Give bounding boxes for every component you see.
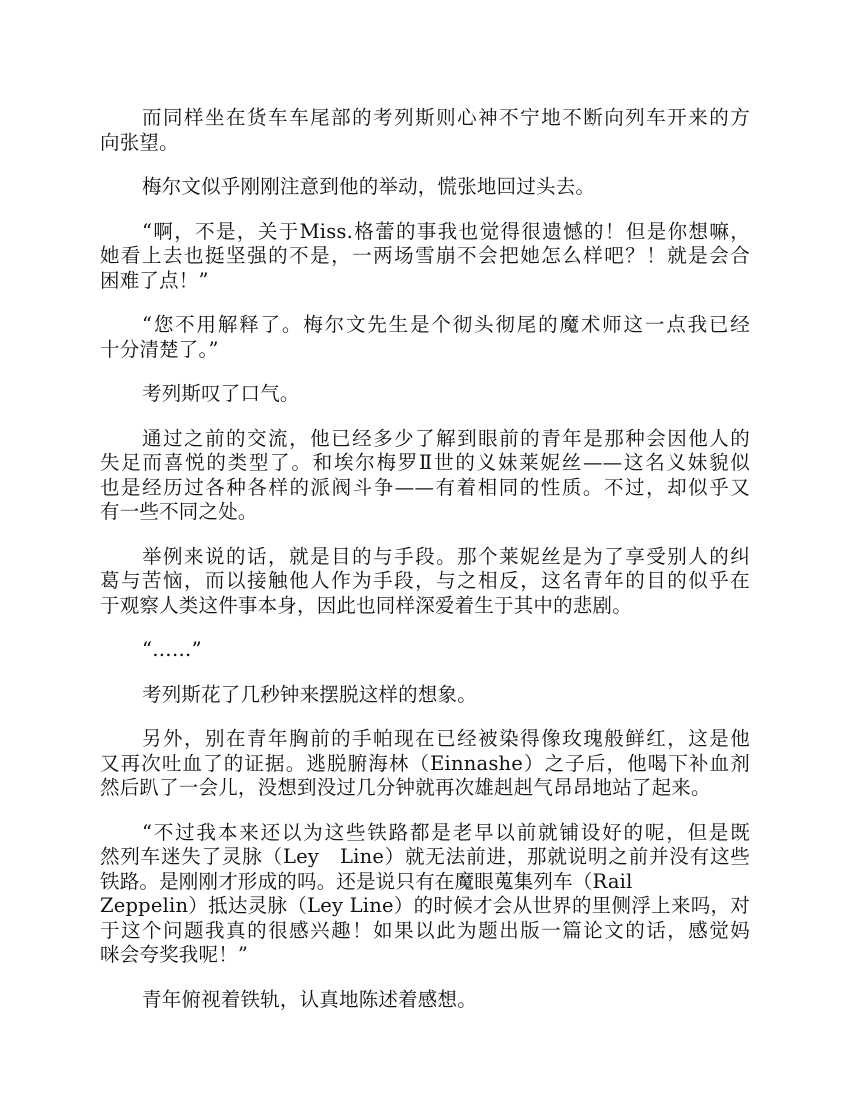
text-line: “啊，不是，关于Miss.格蕾的事我也觉得很遗憾的！但是你想嘛， (100, 220, 750, 245)
text-line: “不过我本来还以为这些铁路都是老早以前就铺设好的呢，但是既 (100, 821, 750, 846)
paragraph: 举例来说的话，就是目的与手段。那个莱妮丝是为了享受别人的纠 葛与苦恼，而以接触他… (100, 545, 750, 619)
paragraph: “您不用解释了。梅尔文先生是个彻头彻尾的魔术师这一点我已经 十分清楚了。” (100, 313, 750, 362)
text-line: 然后趴了一会儿，没想到没过几分钟就再次雄赳赳气昂昂地站了起来。 (100, 776, 750, 801)
paragraph: 另外，别在青年胸前的手帕现在已经被染得像玫瑰般鲜红，这是他 又再次吐血了的证据。… (100, 727, 750, 801)
text-line: 咪会夸奖我呢！” (100, 943, 750, 968)
text-line: 也是经历过各种各样的派阀斗争——有着相同的性质。不过，却似乎又 (100, 476, 750, 501)
text-line: “您不用解释了。梅尔文先生是个彻头彻尾的魔术师这一点我已经 (100, 313, 750, 338)
text-line: 考列斯叹了口气。 (100, 382, 750, 407)
paragraph: 而同样坐在货车车尾部的考列斯则心神不宁地不断向列车开来的方 向张望。 (100, 106, 750, 155)
paragraph: 考列斯叹了口气。 (100, 382, 750, 407)
text-line: 而同样坐在货车车尾部的考列斯则心神不宁地不断向列车开来的方 (100, 106, 750, 131)
text-line: 于观察人类这件事本身，因此也同样深爱着生于其中的悲剧。 (100, 594, 750, 619)
paragraph: “……” (100, 638, 750, 663)
text-line: 又再次吐血了的证据。逃脱腑海林（Einnashe）之子后，他喝下补血剂 (100, 752, 750, 777)
text-line: 铁路。是刚刚才形成的吗。还是说只有在魔眼蒐集列车（Rail (100, 870, 750, 895)
paragraph: 青年俯视着铁轨，认真地陈述着感想。 (100, 988, 750, 1013)
text-line: 青年俯视着铁轨，认真地陈述着感想。 (100, 988, 750, 1013)
paragraph: 考列斯花了几秒钟来摆脱这样的想象。 (100, 683, 750, 708)
document-page: 而同样坐在货车车尾部的考列斯则心神不宁地不断向列车开来的方 向张望。 梅尔文似乎… (100, 106, 750, 1032)
text-line: 然列车迷失了灵脉（Ley Line）就无法前进，那就说明之前并没有这些 (100, 845, 750, 870)
paragraph: 梅尔文似乎刚刚注意到他的举动，慌张地回过头去。 (100, 175, 750, 200)
text-line: 葛与苦恼，而以接触他人作为手段，与之相反，这名青年的目的似乎在 (100, 569, 750, 594)
text-line: 十分清楚了。” (100, 338, 750, 363)
text-line: 举例来说的话，就是目的与手段。那个莱妮丝是为了享受别人的纠 (100, 545, 750, 570)
text-line: “……” (100, 638, 750, 663)
text-line: 困难了点！” (100, 269, 750, 294)
text-line: 考列斯花了几秒钟来摆脱这样的想象。 (100, 683, 750, 708)
text-line: 有一些不同之处。 (100, 500, 750, 525)
text-line: 她看上去也挺坚强的不是，一两场雪崩不会把她怎么样吧？！就是会合 (100, 244, 750, 269)
text-line: 通过之前的交流，他已经多少了解到眼前的青年是那种会因他人的 (100, 427, 750, 452)
paragraph: 通过之前的交流，他已经多少了解到眼前的青年是那种会因他人的 失足而喜悦的类型了。… (100, 427, 750, 525)
text-line: 于这个问题我真的很感兴趣！如果以此为题出版一篇论文的话，感觉妈 (100, 919, 750, 944)
paragraph: “不过我本来还以为这些铁路都是老早以前就铺设好的呢，但是既 然列车迷失了灵脉（L… (100, 821, 750, 968)
text-line: 失足而喜悦的类型了。和埃尔梅罗Ⅱ世的义妹莱妮丝——这名义妹貌似 (100, 451, 750, 476)
paragraph: “啊，不是，关于Miss.格蕾的事我也觉得很遗憾的！但是你想嘛， 她看上去也挺坚… (100, 220, 750, 294)
text-line: 另外，别在青年胸前的手帕现在已经被染得像玫瑰般鲜红，这是他 (100, 727, 750, 752)
text-line: 梅尔文似乎刚刚注意到他的举动，慌张地回过头去。 (100, 175, 750, 200)
text-line: Zeppelin）抵达灵脉（Ley Line）的时候才会从世界的里侧浮上来吗，对 (100, 894, 750, 919)
text-line: 向张望。 (100, 131, 750, 156)
